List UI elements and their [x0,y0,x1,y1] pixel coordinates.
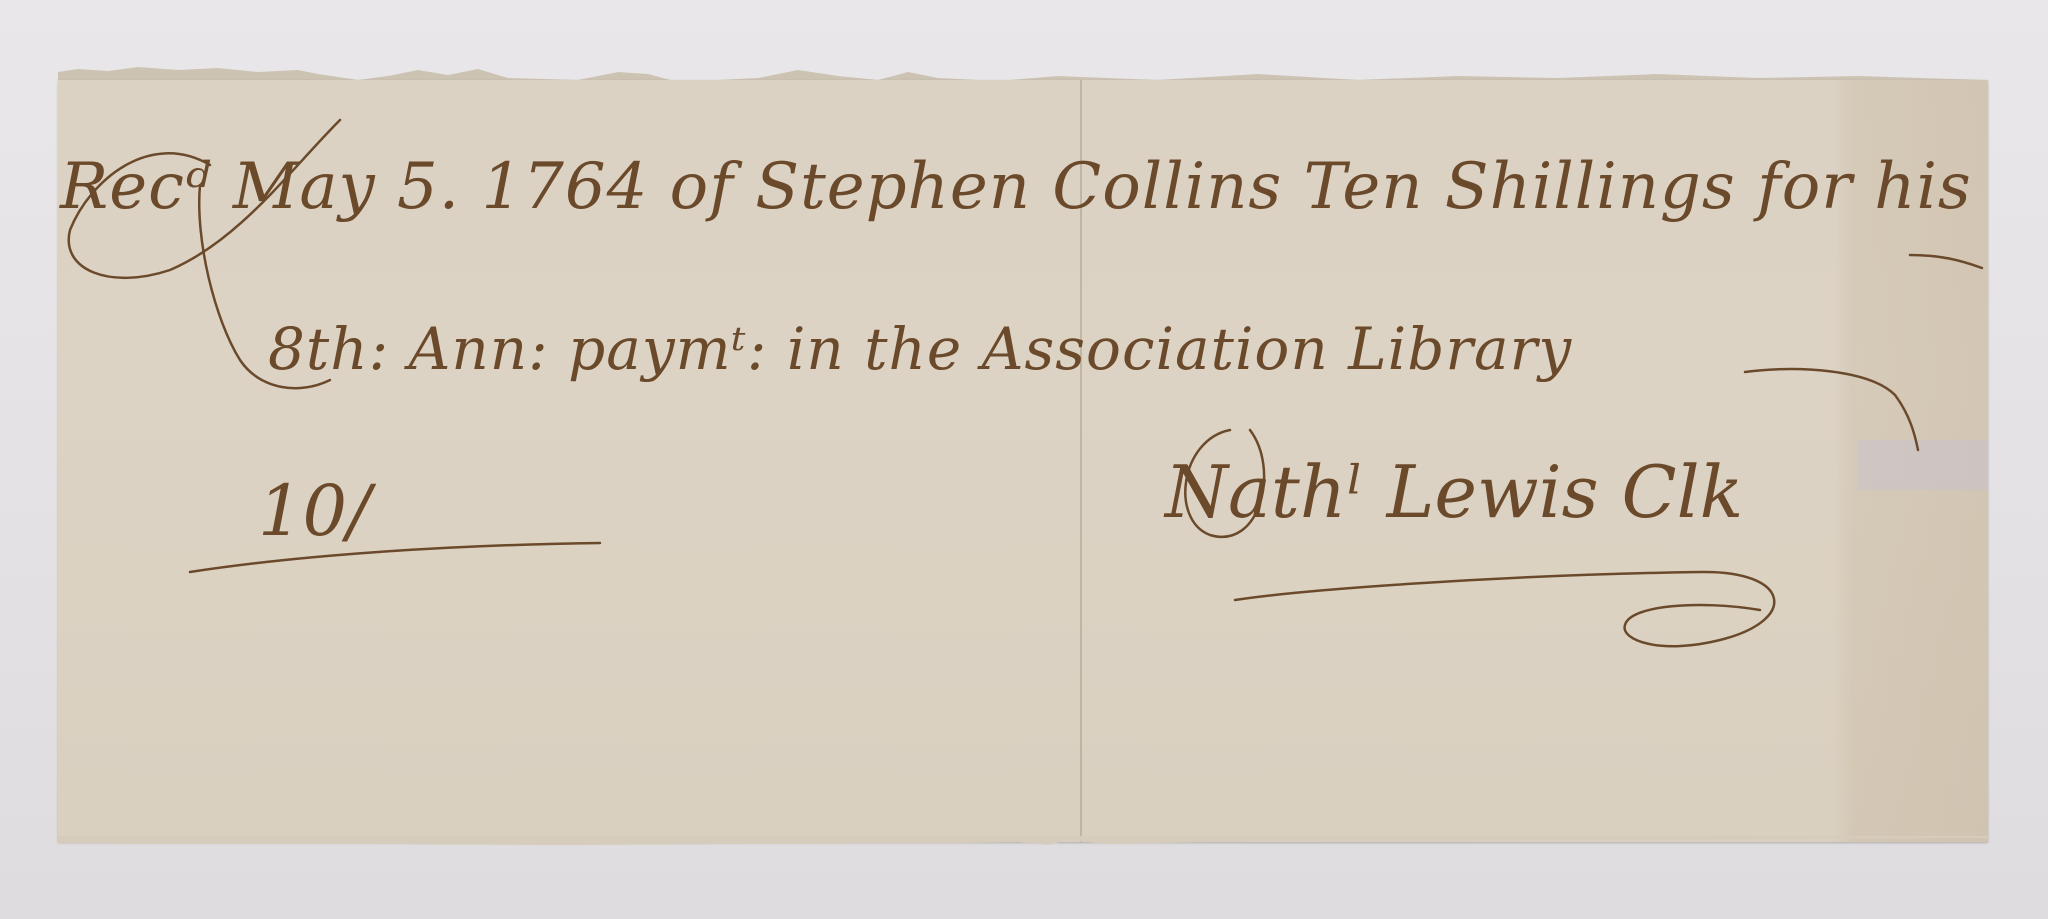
receipt-line-1: Recᵈ May 5. 1764 of Stephen Collins Ten … [60,150,1972,224]
receipt-line-2: 8th: Ann: paymᵗ: in the Association Libr… [268,315,1572,383]
amount-10-shillings: 10/ [258,470,371,552]
clerk-signature: Nathˡ Lewis Clk [1165,450,1743,534]
repair-tape [1858,440,1988,490]
deckled-bottom-edge [58,836,1988,850]
